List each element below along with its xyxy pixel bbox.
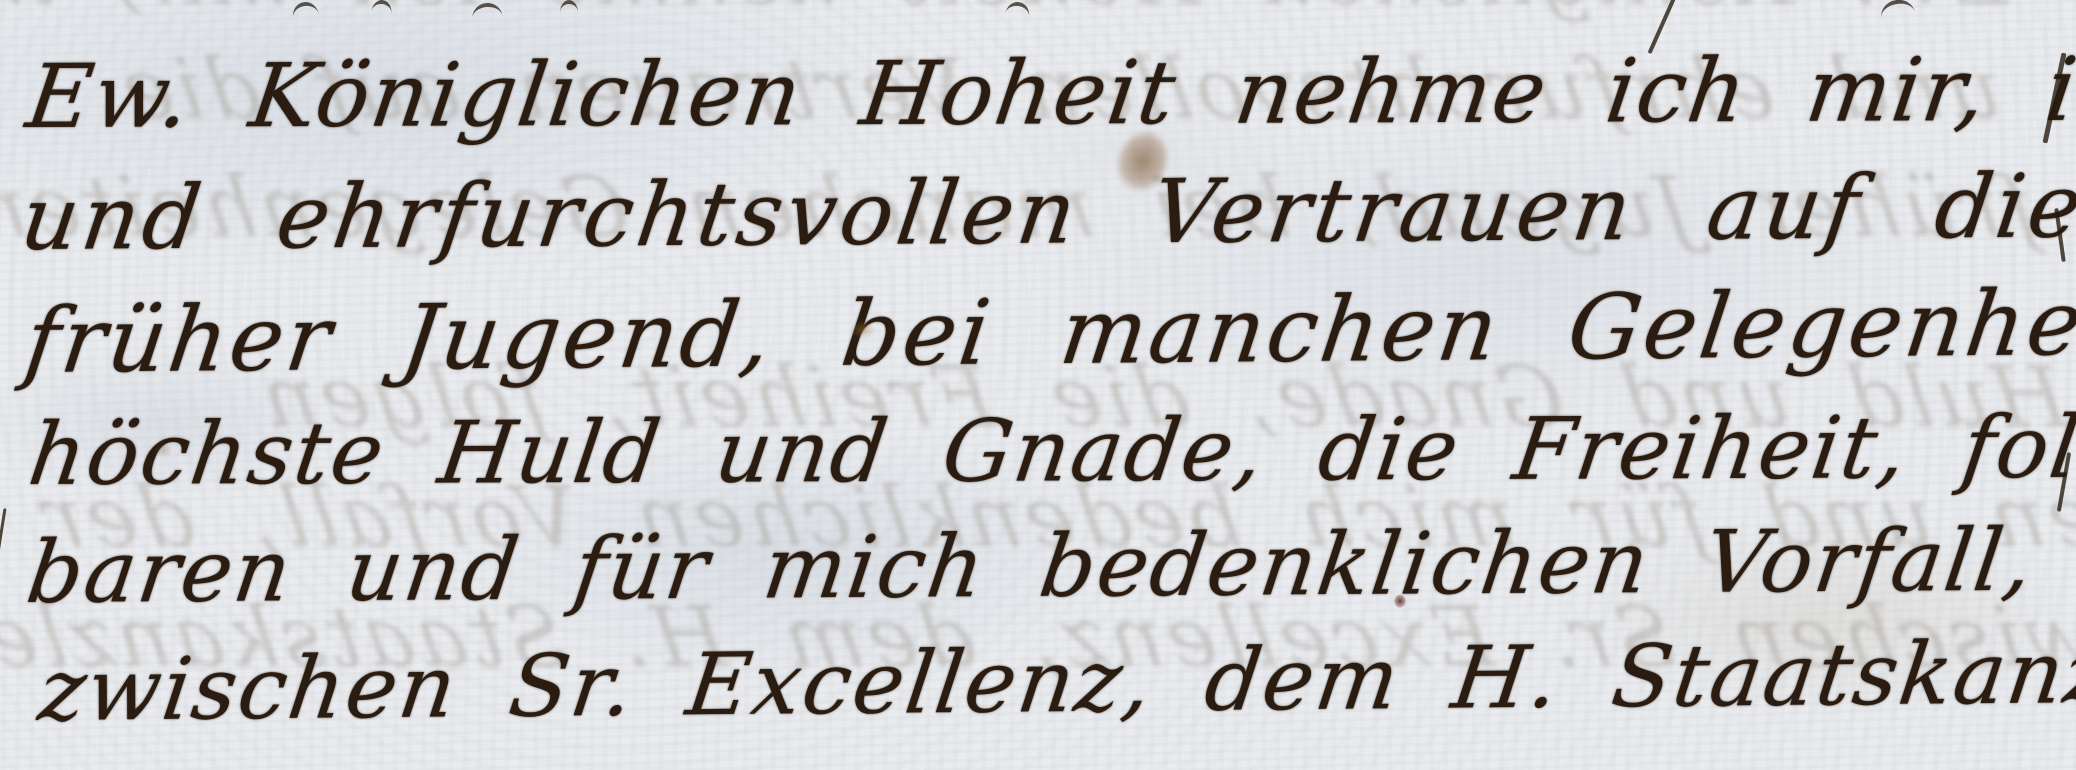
manuscript-line-2: und ehrfurchtsvollen Vertrauen auf die	[15, 153, 2076, 271]
manuscript-line-1: Ew. Königlichen Hoheit nehme ich mir, im	[21, 37, 2076, 150]
manuscript-line-4: höchste Huld und Gnade, die Freiheit, fo…	[23, 396, 2076, 507]
ink-dot	[1392, 592, 1408, 610]
manuscript-page: Ew. Königlichen Hoheit nehme ich mir, im…	[0, 0, 2076, 770]
manuscript-line-3: früher Jugend, bei manchen Gelegenheiten	[19, 268, 2076, 396]
foxing-spot	[846, 318, 880, 342]
manuscript-text: Ew. Königlichen Hoheit nehme ich mir, im…	[0, 0, 2076, 770]
foxing-spot	[150, 440, 176, 460]
manuscript-line-5: baren und für mich bedenklichen Vorfall,…	[21, 508, 2076, 625]
manuscript-line-6: zwischen Sr. Excellenz, dem H. Staatskan…	[33, 621, 2076, 744]
